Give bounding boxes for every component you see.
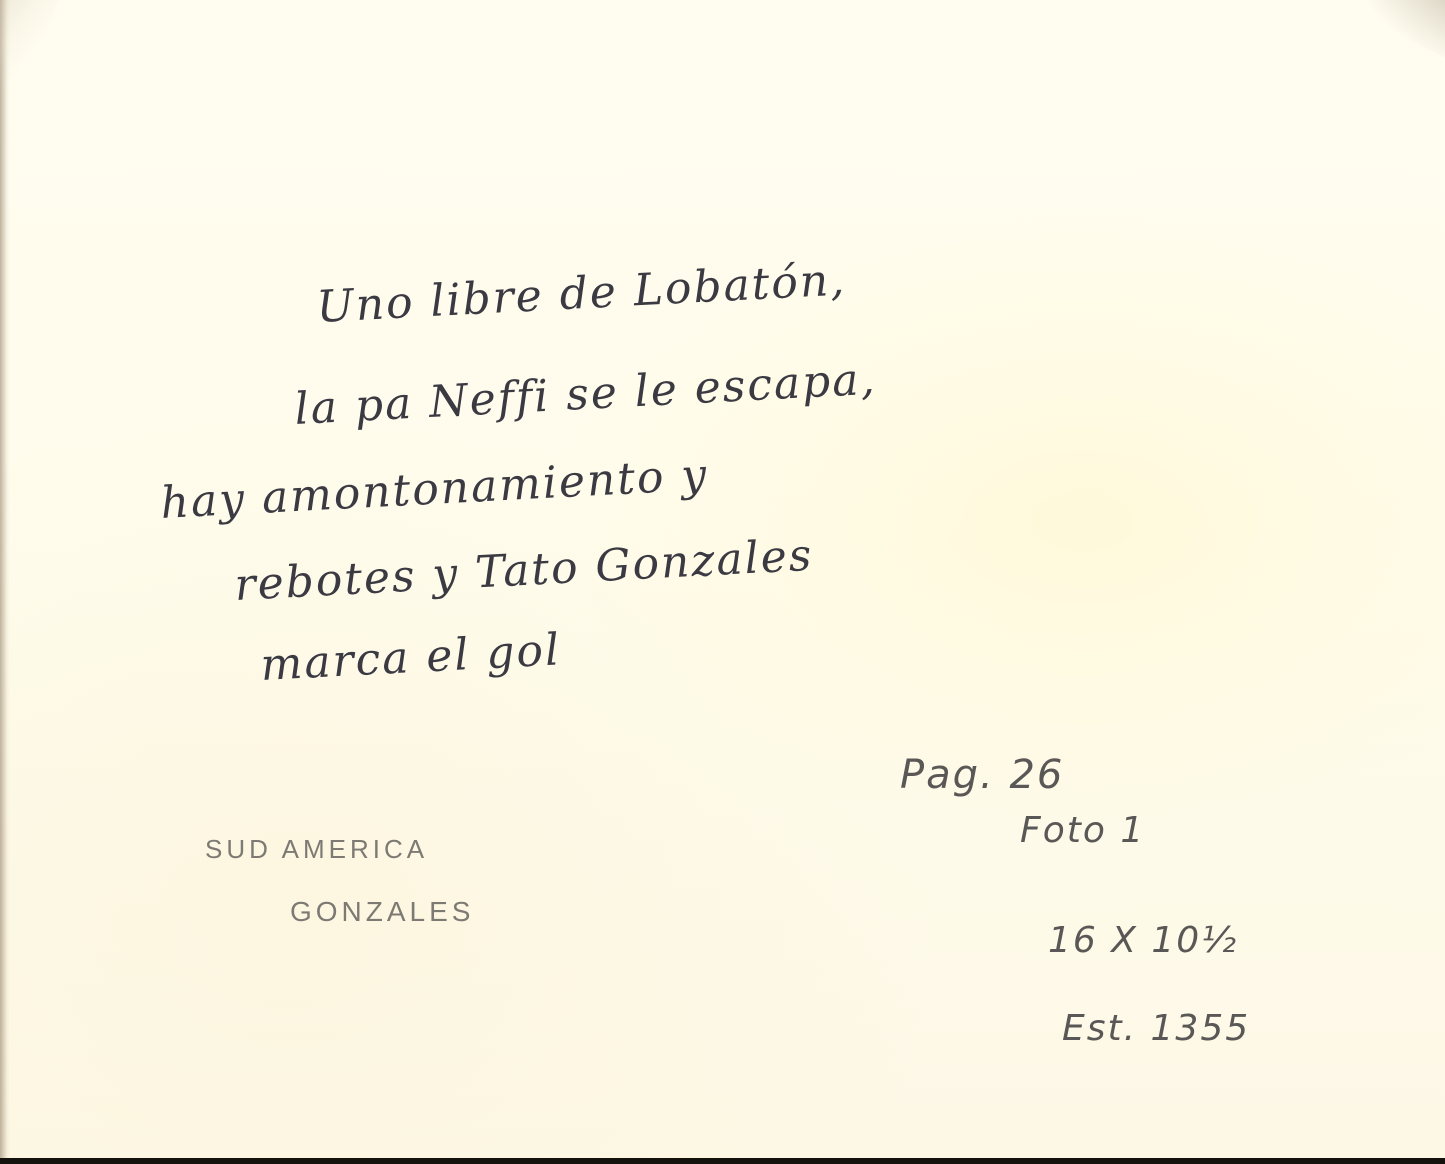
caption-line-1: Uno libre de Lobatón, [315, 254, 847, 333]
paper-top-right-worn-corner [1320, 0, 1445, 71]
scan-bottom-border [0, 1158, 1445, 1164]
reference-number-note: Est. 1355 [1062, 1008, 1250, 1049]
photo-back-sheet: Uno libre de Lobatón, la pa Neffi se le … [0, 0, 1445, 1158]
caption-line-4: rebotes y Tato Gonzales [233, 530, 814, 611]
player-label: GONZALES [290, 896, 474, 928]
caption-line-2: la pa Neffi se le escapa, [293, 354, 877, 435]
page-number-note: Pag. 26 [900, 752, 1064, 798]
photo-number-note: Foto 1 [1020, 810, 1145, 851]
paper-left-edge-shadow [0, 0, 10, 1158]
print-size-note: 16 X 10½ [1048, 920, 1238, 961]
team-label: SUD AMERICA [205, 834, 428, 865]
caption-line-5: marca el gol [259, 624, 562, 691]
caption-line-3: hay amontonamiento y [159, 449, 709, 529]
paper-top-left-crease [0, 0, 73, 110]
